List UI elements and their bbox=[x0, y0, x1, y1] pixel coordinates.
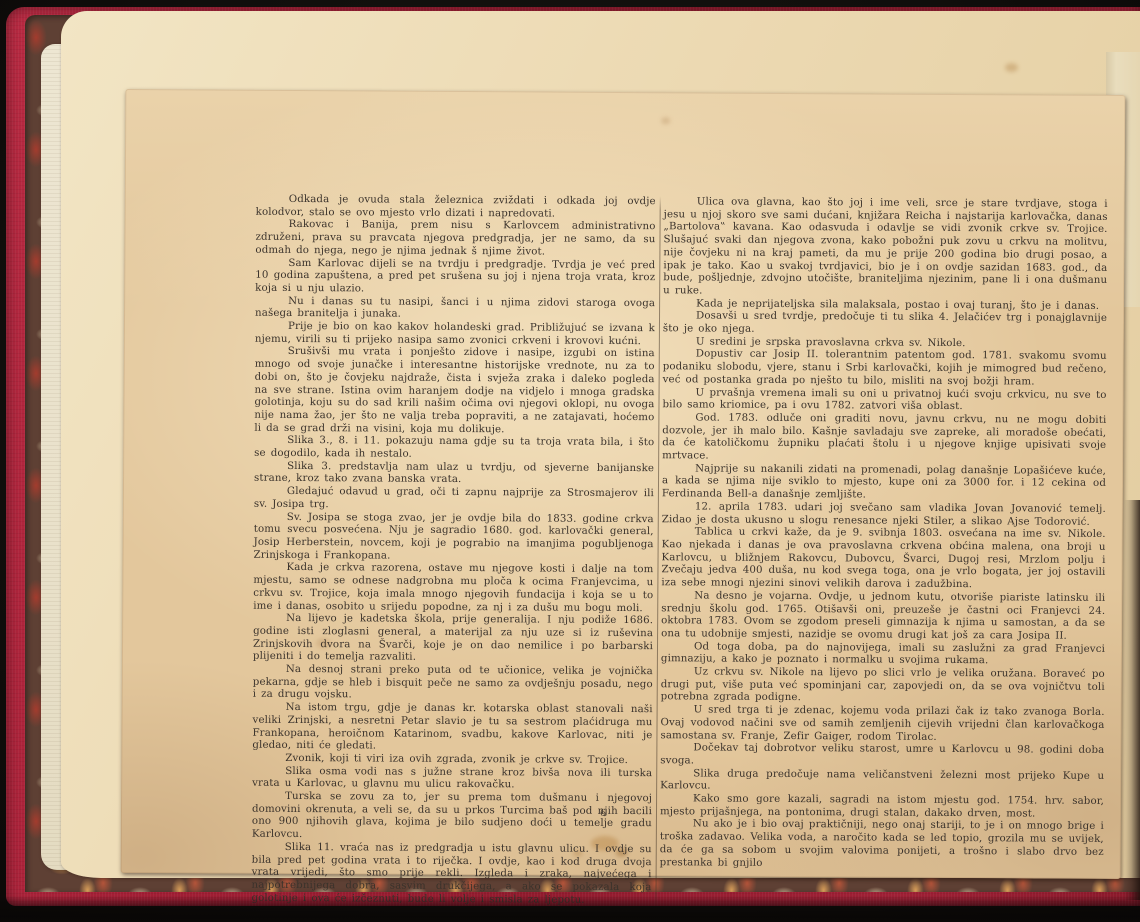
bottom-vignette bbox=[0, 896, 1140, 922]
paragraph: God. 1783. odluče oni graditi novu, javn… bbox=[662, 412, 1106, 466]
paragraph: Na lijevo je kadetska škola, prije gener… bbox=[253, 613, 653, 666]
paper-stain bbox=[661, 117, 670, 124]
right-edge-shadow bbox=[1124, 500, 1140, 900]
paragraph: U sred trga ti je zdenac, kojemu voda pr… bbox=[660, 704, 1104, 745]
paragraph: Ulica ova glavna, kao što joj i ime veli… bbox=[663, 196, 1108, 300]
paragraph: Kako smo gore kazali, sagradi na istom m… bbox=[660, 793, 1104, 821]
paragraph: Dopustiv car Josip II. tolerantnim paten… bbox=[663, 349, 1107, 390]
paragraph: Nu ako je i bio ovaj praktičniji, nego o… bbox=[660, 819, 1104, 873]
paragraph: Tablica u crkvi kaže, da je 9. svibnja 1… bbox=[661, 527, 1105, 593]
paper-stain bbox=[1005, 63, 1018, 72]
page-number: 6 bbox=[591, 808, 615, 819]
paragraph: Sv. Josipa se stoga zvao, jer je ovdje b… bbox=[254, 511, 654, 564]
paragraph: Na desno je vojarna. Ovdje, u jednom kut… bbox=[661, 590, 1105, 644]
right-column: Ulica ova glavna, kao što joj i ime veli… bbox=[659, 196, 1107, 910]
paragraph: Rakovac i Banija, prem nisu s Karlovcem … bbox=[255, 219, 655, 260]
left-column: Odkada je ovuda stala železnica zviždati… bbox=[251, 194, 655, 908]
photo-background: Odkada je ovuda stala železnica zviždati… bbox=[0, 0, 1140, 922]
paragraph: Od toga doba, pa do najnovijega, imali s… bbox=[661, 641, 1105, 669]
text-block: Odkada je ovuda stala železnica zviždati… bbox=[251, 194, 1107, 911]
paragraph: Sam Karlovac dijeli se na tvrdju i predg… bbox=[255, 257, 655, 298]
paragraph: U prvašnja vremena imali su oni u privat… bbox=[662, 387, 1106, 415]
paragraph: Dosavši u sred tvrdje, predočuje ti tu s… bbox=[663, 311, 1107, 339]
paragraph: Na istom trgu, gdje je danas kr. kotarsk… bbox=[252, 702, 652, 755]
paragraph: Uz crkvu sv. Nikole na lijevo po slici v… bbox=[661, 666, 1105, 707]
paragraph: Prije je bio on kao kakov holandeski gra… bbox=[255, 321, 655, 349]
paragraph: Slika osma vodi nas s južne strane kroz … bbox=[252, 765, 652, 793]
paragraph: Dočekav taj dobrotvor veliku starost, um… bbox=[660, 742, 1104, 770]
album-page: Odkada je ovuda stala železnica zviždati… bbox=[121, 89, 1126, 879]
paragraph: Slika 3., 8. i 11. pokazuju nama gdje su… bbox=[254, 435, 654, 463]
paragraph: Najprije su nakanili zidati na promenadi… bbox=[662, 463, 1106, 504]
paragraph: Slika 3. predstavlja nam ulaz u tvrdju, … bbox=[254, 461, 654, 489]
paragraph: Na desnoj strani preko puta od te učioni… bbox=[253, 664, 653, 705]
paragraph: Kada je crkva razorena, ostave mu njegov… bbox=[253, 562, 653, 615]
paragraph: Srušivši mu vrata i ponješto zidove i na… bbox=[254, 346, 655, 437]
paragraph: Odkada je ovuda stala železnica zviždati… bbox=[256, 194, 656, 222]
paragraph: Slika druga predočuje nama veličanstveni… bbox=[660, 768, 1104, 796]
paragraph: Gledajuć odavud u grad, oči ti zapnu naj… bbox=[254, 486, 654, 514]
paragraph: 12. aprila 1783. udari joj svečano sam v… bbox=[662, 501, 1106, 529]
paragraph: Nu i danas su tu nasipi, šanci i u njima… bbox=[255, 295, 655, 323]
